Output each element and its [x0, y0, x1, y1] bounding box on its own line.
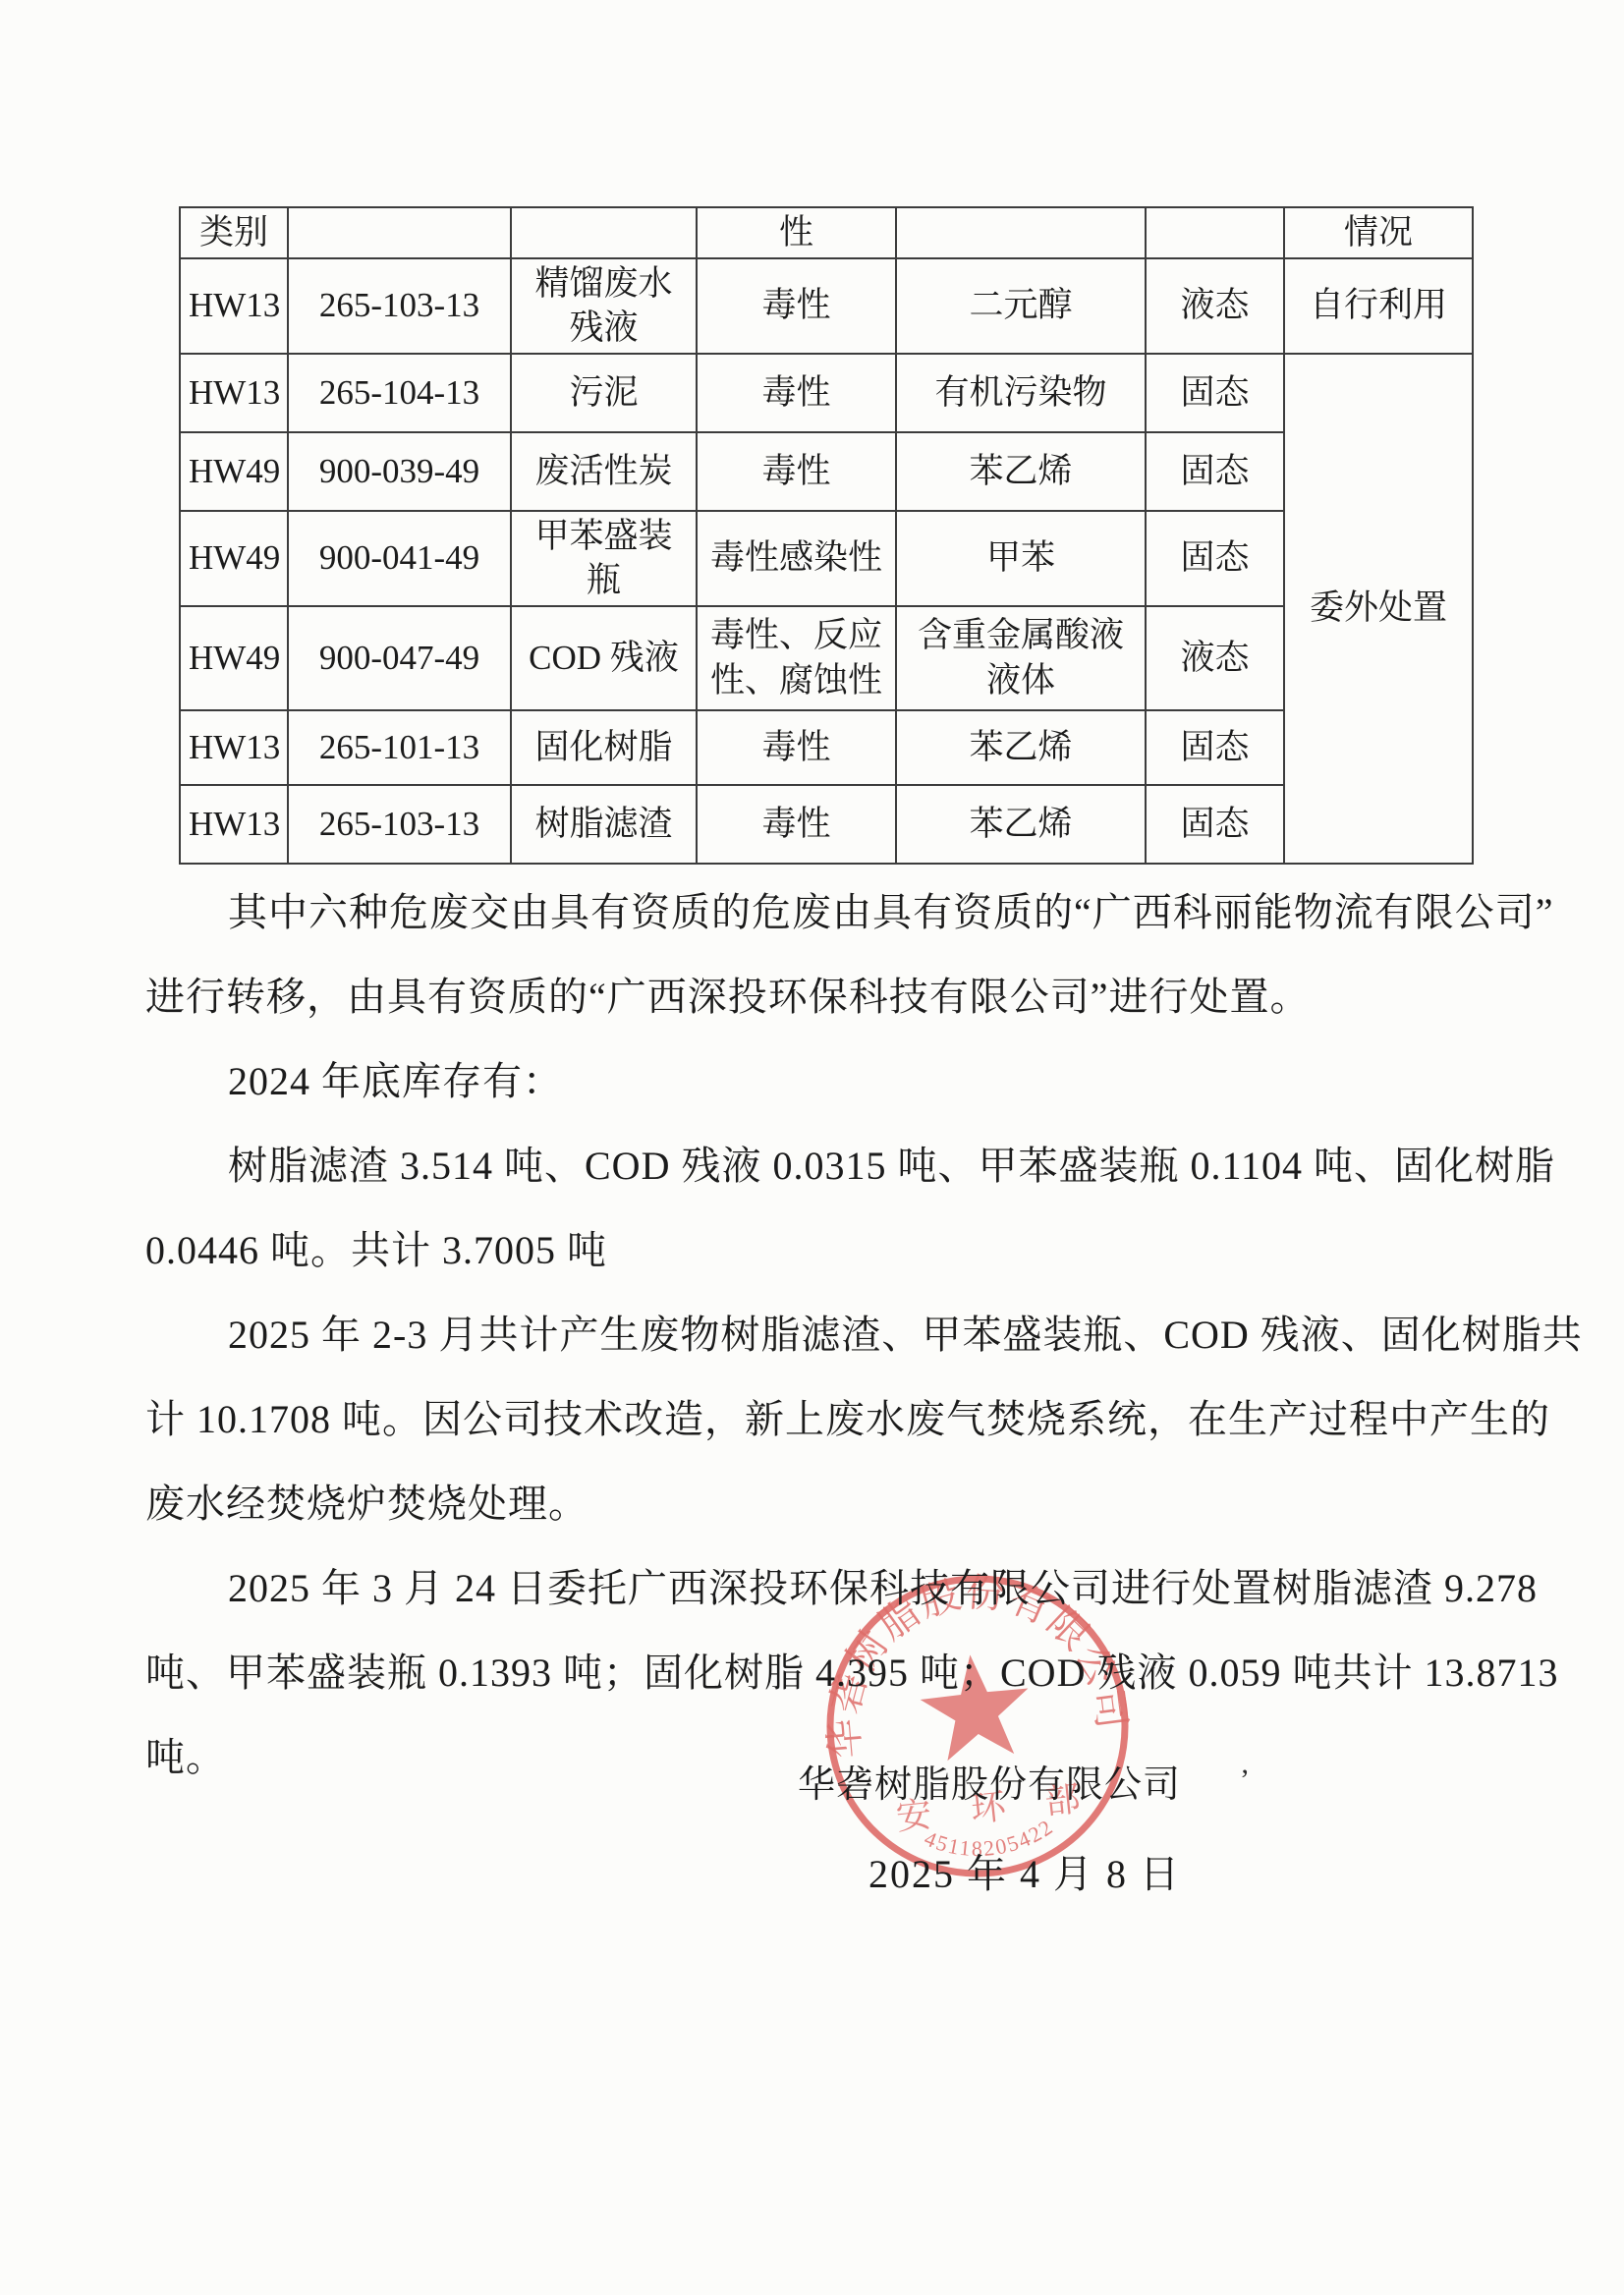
cell-component: 有机污染物 [896, 354, 1146, 432]
company-signature: 华砻树脂股份有限公司 [798, 1754, 1181, 1808]
cell-name: 精馏废水残液 [511, 258, 697, 354]
paragraph-line: 树脂滤渣 3.514 吨、COD 残液 0.0315 吨、甲苯盛装瓶 0.110… [0, 1120, 1624, 1204]
cell-code: 265-103-13 [288, 785, 511, 864]
cell-disposal: 自行利用 [1284, 258, 1473, 354]
signature-date: 2025 年 4 月 8 日 [868, 1843, 1181, 1899]
cell-property: 毒性、反应性、腐蚀性 [697, 606, 896, 710]
paragraph-line: 2025 年 3 月 24 日委托广西深投环保科技有限公司进行处置树脂滤渣 9.… [0, 1542, 1624, 1627]
cell-disposal-merged: 委外处置 [1284, 354, 1473, 864]
cell-component: 含重金属酸液液体 [896, 606, 1146, 710]
cell-component: 苯乙烯 [896, 785, 1146, 864]
cell-name: 固化树脂 [511, 710, 697, 785]
cell-category: HW13 [180, 354, 288, 432]
table-row: HW13 265-101-13 固化树脂 毒性 苯乙烯 固态 [180, 710, 1473, 785]
cell-property: 毒性 [697, 710, 896, 785]
cell-code: 265-101-13 [288, 710, 511, 785]
paragraph-line: 2025 年 2-3 月共计产生废物树脂滤渣、甲苯盛装瓶、COD 残液、固化树脂… [0, 1289, 1624, 1373]
cell-code: 900-041-49 [288, 511, 511, 606]
cell-name: 甲苯盛装瓶 [511, 511, 697, 606]
table-row: HW49 900-047-49 COD 残液 毒性、反应性、腐蚀性 含重金属酸液… [180, 606, 1473, 710]
cell-category: HW49 [180, 432, 288, 511]
body-text: 其中六种危废交由具有资质的危废由具有资质的“广西科丽能物流有限公司” 进行转移，… [0, 867, 1624, 1796]
cell-code: 900-039-49 [288, 432, 511, 511]
cell-component: 苯乙烯 [896, 710, 1146, 785]
cell-component: 甲苯 [896, 511, 1146, 606]
table-row: HW13 265-103-13 树脂滤渣 毒性 苯乙烯 固态 [180, 785, 1473, 864]
header-code [288, 207, 511, 258]
cell-code: 265-104-13 [288, 354, 511, 432]
cell-category: HW49 [180, 606, 288, 710]
cell-category: HW13 [180, 785, 288, 864]
cell-name: 污泥 [511, 354, 697, 432]
cell-property: 毒性 [697, 354, 896, 432]
cell-category: HW13 [180, 710, 288, 785]
cell-form: 固态 [1146, 432, 1284, 511]
stray-mark: ’ [1240, 1763, 1250, 1797]
cell-property: 毒性 [697, 785, 896, 864]
waste-table: 类别 性 情况 HW13 265-103-13 精馏废水残液 毒性 二元醇 液态… [179, 206, 1474, 865]
cell-property: 毒性 [697, 432, 896, 511]
cell-form: 液态 [1146, 258, 1284, 354]
cell-form: 固态 [1146, 710, 1284, 785]
paragraph-line: 计 10.1708 吨。因公司技术改造，新上废水废气焚烧系统，在生产过程中产生的 [0, 1373, 1624, 1458]
table-row: HW13 265-104-13 污泥 毒性 有机污染物 固态 委外处置 [180, 354, 1473, 432]
header-category: 类别 [180, 207, 288, 258]
cell-category: HW49 [180, 511, 288, 606]
table-header-row: 类别 性 情况 [180, 207, 1473, 258]
paragraph-line: 2024 年底库存有： [0, 1036, 1624, 1120]
table-row: HW49 900-041-49 甲苯盛装瓶 毒性感染性 甲苯 固态 [180, 511, 1473, 606]
table-row: HW49 900-039-49 废活性炭 毒性 苯乙烯 固态 [180, 432, 1473, 511]
cell-code: 265-103-13 [288, 258, 511, 354]
paragraph-line: 吨、甲苯盛装瓶 0.1393 吨；固化树脂 4.395 吨；COD 残液 0.0… [0, 1627, 1624, 1711]
cell-component: 苯乙烯 [896, 432, 1146, 511]
cell-form: 固态 [1146, 785, 1284, 864]
table-row: HW13 265-103-13 精馏废水残液 毒性 二元醇 液态 自行利用 [180, 258, 1473, 354]
cell-name: 树脂滤渣 [511, 785, 697, 864]
header-property: 性 [697, 207, 896, 258]
cell-code: 900-047-49 [288, 606, 511, 710]
document-page: 类别 性 情况 HW13 265-103-13 精馏废水残液 毒性 二元醇 液态… [0, 0, 1624, 2295]
header-status: 情况 [1284, 207, 1473, 258]
paragraph-line: 进行转移，由具有资质的“广西深投环保科技有限公司”进行处置。 [0, 951, 1624, 1036]
cell-form: 固态 [1146, 354, 1284, 432]
header-form [1146, 207, 1284, 258]
cell-category: HW13 [180, 258, 288, 354]
paragraph-line: 废水经焚烧炉焚烧处理。 [0, 1458, 1624, 1542]
cell-property: 毒性 [697, 258, 896, 354]
header-component [896, 207, 1146, 258]
paragraph-line: 其中六种危废交由具有资质的危废由具有资质的“广西科丽能物流有限公司” [0, 867, 1624, 951]
cell-form: 液态 [1146, 606, 1284, 710]
header-name [511, 207, 697, 258]
cell-name: 废活性炭 [511, 432, 697, 511]
cell-form: 固态 [1146, 511, 1284, 606]
cell-name: COD 残液 [511, 606, 697, 710]
paragraph-line: 0.0446 吨。共计 3.7005 吨 [0, 1204, 1624, 1289]
cell-component: 二元醇 [896, 258, 1146, 354]
cell-property: 毒性感染性 [697, 511, 896, 606]
